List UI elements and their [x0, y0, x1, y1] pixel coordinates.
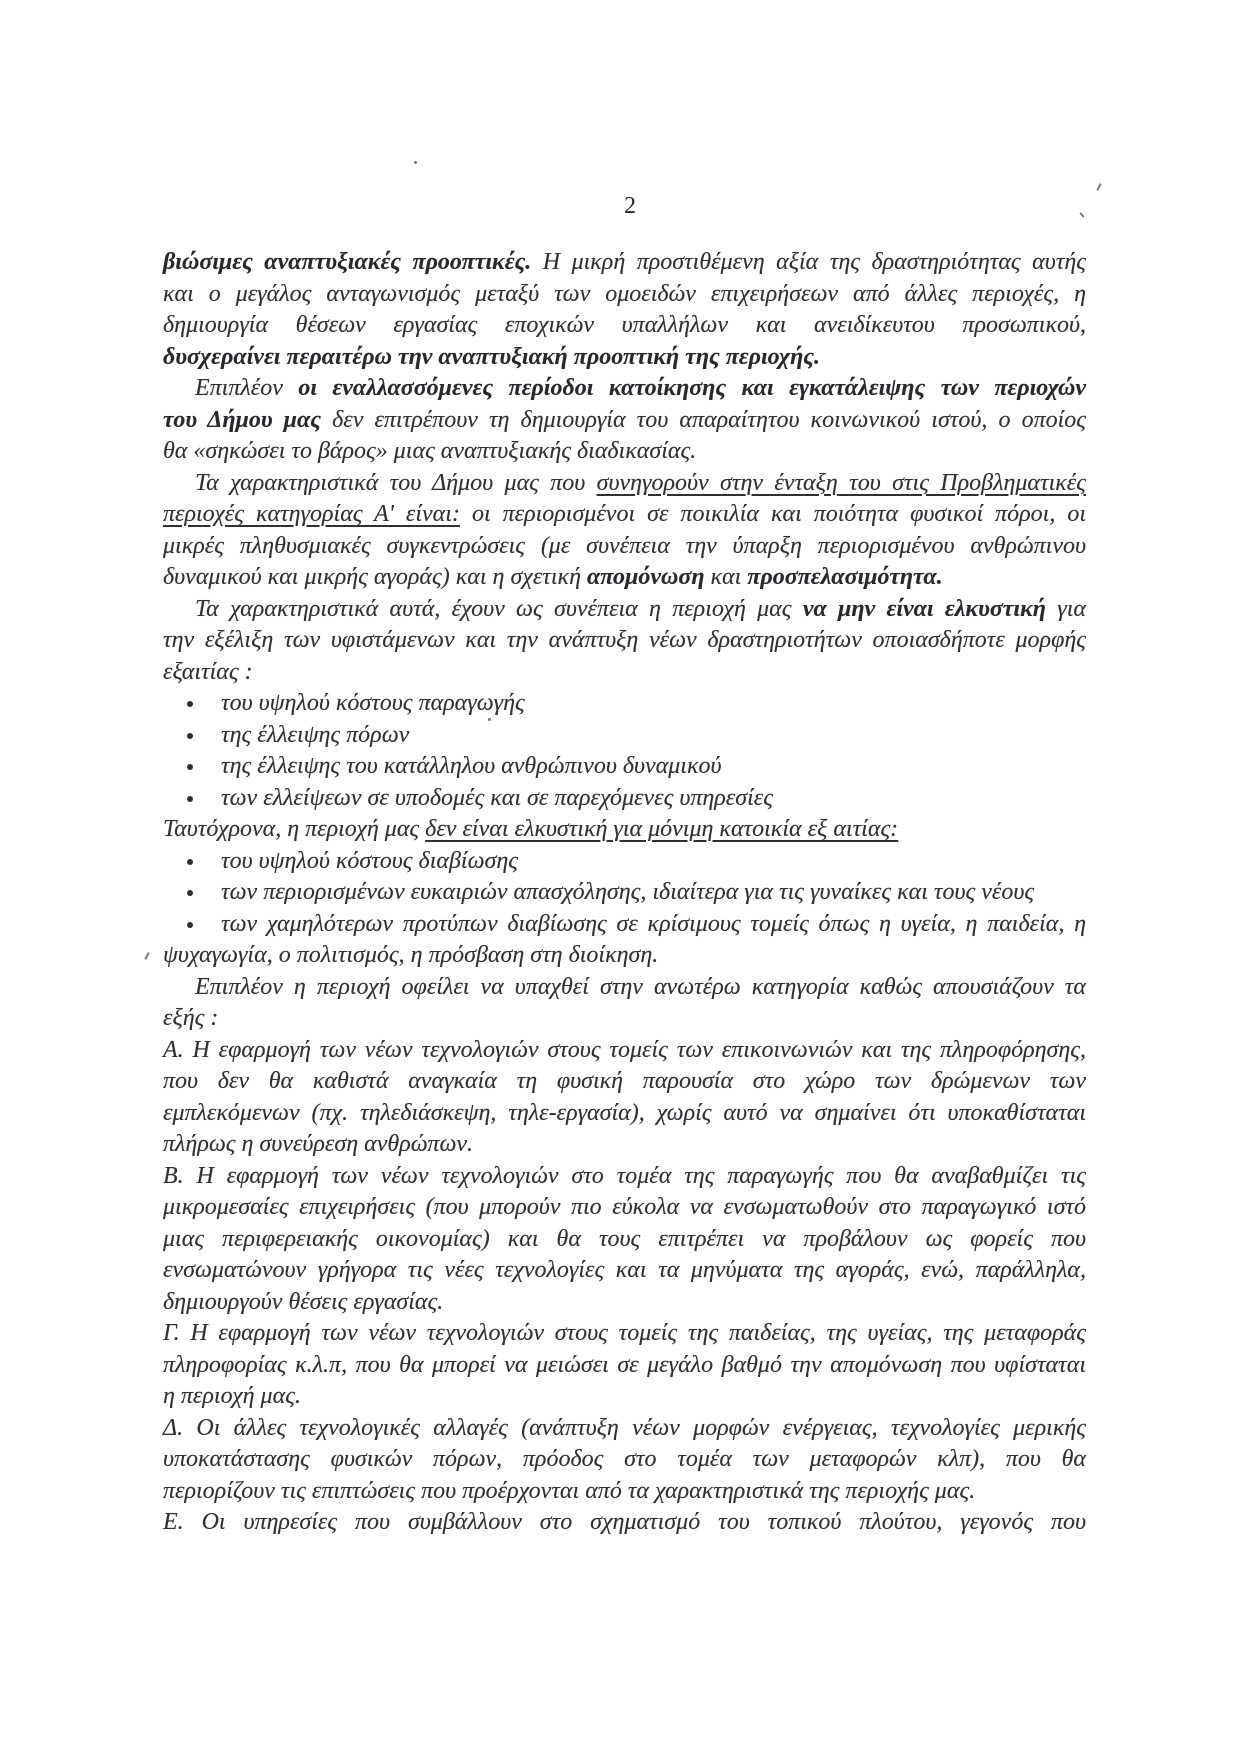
text-run-group: των περιορισμένων ευκαιριών απασχόλησης,… — [221, 877, 1034, 909]
text-run: των ελλείψεων σε υποδομές και σε παρεχόμ… — [221, 785, 773, 811]
bold-text-run: του Δήμου μας — [163, 407, 332, 433]
bold-text-run: δυσχεραίνει περαιτέρω την αναπτυξιακή πρ… — [163, 344, 820, 370]
text-run-group: πληροφορίας κ.λ.π, που θα μπορεί να μειώ… — [163, 1350, 1086, 1382]
text-run: Τα χαρακτηριστικά αυτά, έχουν ως συνέπει… — [195, 596, 803, 622]
text-run-group: της έλλειψης του κατάλληλου ανθρώπινου δ… — [221, 751, 722, 783]
bullet-list-item: των ελλείψεων σε υποδομές και σε παρεχόμ… — [163, 783, 1086, 815]
text-run-group: περιορίζουν τις επιπτώσεις που προέρχοντ… — [163, 1476, 975, 1508]
text-line: Επιπλέον οι εναλλασσόμενες περίοδοι κατο… — [163, 373, 1086, 405]
text-run-group: του Δήμου μας δεν επιτρέπουν τη δημιουργ… — [163, 405, 1086, 437]
bullet-list-item: της έλλειψης του κατάλληλου ανθρώπινου δ… — [163, 751, 1086, 783]
bullet-icon — [187, 890, 193, 896]
scan-artifact — [1079, 212, 1085, 218]
text-run-group: την εξέλιξη των υφιστάμενων και την ανάπ… — [163, 625, 1086, 657]
text-line: η περιοχή μας. — [163, 1381, 1086, 1413]
text-run-group: μικρομεσαίες επιχειρήσεις (που μπορούν π… — [163, 1192, 1086, 1224]
document-body: βιώσιμες αναπτυξιακές προοπτικές. Η μικρ… — [163, 247, 1086, 1539]
text-run-group: Επιπλέον οι εναλλασσόμενες περίοδοι κατο… — [195, 373, 1086, 405]
bullet-icon — [187, 796, 193, 802]
text-run-group: των ελλείψεων σε υποδομές και σε παρεχόμ… — [221, 783, 773, 815]
text-line: περιορίζουν τις επιπτώσεις που προέρχοντ… — [163, 1476, 1086, 1508]
scan-artifact — [427, 700, 430, 703]
text-run-group: δημιουργούν θέσεις εργασίας. — [163, 1287, 443, 1319]
text-run: μικρομεσαίες επιχειρήσεις (που μπορούν π… — [163, 1194, 1086, 1220]
text-run: και — [705, 564, 748, 590]
text-run-group: υποκατάστασης φυσικών πόρων, πρόοδος στο… — [163, 1444, 1086, 1476]
text-run-group: πλήρως η συνεύρεση ανθρώπων. — [163, 1129, 473, 1161]
text-line: Τα χαρακτηριστικά του Δήμου μας που συνη… — [163, 468, 1086, 500]
text-line: ψυχαγωγία, ο πολιτισμός, η πρόσβαση στη … — [163, 940, 1086, 972]
text-run: της έλλειψης του κατάλληλου ανθρώπινου δ… — [221, 753, 722, 779]
text-run-group: του υψηλού κόστους διαβίωσης — [221, 846, 518, 878]
text-line: βιώσιμες αναπτυξιακές προοπτικές. Η μικρ… — [163, 247, 1086, 279]
text-run-group: που δεν θα καθιστά αναγκαία τη φυσική πα… — [163, 1066, 1086, 1098]
text-run-group: βιώσιμες αναπτυξιακές προοπτικές. Η μικρ… — [163, 247, 1086, 279]
text-run: οι περιορισμένοι σε ποικιλία και ποιότητ… — [460, 501, 1086, 527]
text-line: δημιουργία θέσεων εργασίας εποχικών υπαλ… — [163, 310, 1086, 342]
underlined-text-run: συνηγορούν στην ένταξη του στις Προβλημα… — [597, 470, 1086, 496]
text-line: μικρές πληθυσμιακές συγκεντρώσεις (με συ… — [163, 531, 1086, 563]
text-run-group: και ο μεγάλος ανταγωνισμός μεταξύ των ομ… — [163, 279, 1086, 311]
text-run-group: η περιοχή μας. — [163, 1381, 301, 1413]
text-line: Επιπλέον η περιοχή οφείλει να υπαχθεί στ… — [163, 972, 1086, 1004]
text-run: θα «σηκώσει το βάρος» μιας αναπτυξιακής … — [163, 438, 696, 464]
scan-artifact — [488, 718, 491, 721]
text-run: η περιοχή μας. — [163, 1383, 301, 1409]
bold-text-run: προσπελασιμότητα. — [747, 564, 942, 590]
bold-text-run: βιώσιμες αναπτυξιακές προοπτικές. — [163, 249, 531, 275]
text-line: Τα χαρακτηριστικά αυτά, έχουν ως συνέπει… — [163, 594, 1086, 626]
text-line: Ταυτόχρονα, η περιοχή μας δεν είναι ελκυ… — [163, 814, 1086, 846]
text-run: την εξέλιξη των υφιστάμενων και την ανάπ… — [163, 627, 1086, 653]
text-line: ενσωματώνουν γρήγορα τις νέες τεχνολογίε… — [163, 1255, 1086, 1287]
text-run: και ο μεγάλος ανταγωνισμός μεταξύ των ομ… — [163, 281, 1086, 307]
underlined-text-run: περιοχές κατηγορίας Α' είναι: — [163, 501, 460, 527]
text-line: εξαιτίας : — [163, 657, 1086, 689]
text-line: δημιουργούν θέσεις εργασίας. — [163, 1287, 1086, 1319]
text-run: Η μικρή προστιθέμενη αξία της δραστηριότ… — [531, 249, 1086, 275]
text-run: Γ. Η εφαρμογή των νέων τεχνολογιών στους… — [163, 1320, 1086, 1346]
text-line: μικρομεσαίες επιχειρήσεις (που μπορούν π… — [163, 1192, 1086, 1224]
bold-text-run: οι εναλλασσόμενες περίοδοι κατοίκησης κα… — [298, 375, 1086, 401]
text-run-group: Τα χαρακτηριστικά αυτά, έχουν ως συνέπει… — [195, 594, 1086, 626]
bullet-list-item: των περιορισμένων ευκαιριών απασχόλησης,… — [163, 877, 1086, 909]
text-line: δυσχεραίνει περαιτέρω την αναπτυξιακή πρ… — [163, 342, 1086, 374]
text-run: εξαιτίας : — [163, 659, 253, 685]
text-run-group: Τα χαρακτηριστικά του Δήμου μας που συνη… — [195, 468, 1086, 500]
bold-text-run: απομόνωση — [587, 564, 705, 590]
text-line: μιας περιφερειακής οικονομίας) και θα το… — [163, 1224, 1086, 1256]
text-run-group: περιοχές κατηγορίας Α' είναι: οι περιορι… — [163, 499, 1086, 531]
text-run: της έλλειψης πόρων — [221, 722, 409, 748]
text-run-group: των χαμηλότερων προτύπων διαβίωσης σε κρ… — [221, 909, 1086, 941]
text-run: πλήρως η συνεύρεση ανθρώπων. — [163, 1131, 473, 1157]
text-run: για — [1046, 596, 1086, 622]
text-line: Γ. Η εφαρμογή των νέων τεχνολογιών στους… — [163, 1318, 1086, 1350]
text-line: και ο μεγάλος ανταγωνισμός μεταξύ των ομ… — [163, 279, 1086, 311]
text-run-group: Ταυτόχρονα, η περιοχή μας δεν είναι ελκυ… — [163, 814, 898, 846]
text-run-group: Α. Η εφαρμογή των νέων τεχνολογιών στους… — [163, 1035, 1086, 1067]
text-run: των περιορισμένων ευκαιριών απασχόλησης,… — [221, 879, 1034, 905]
text-run: δημιουργούν θέσεις εργασίας. — [163, 1289, 443, 1315]
text-run: δημιουργία θέσεων εργασίας εποχικών υπαλ… — [163, 312, 1086, 338]
text-line: Ε. Οι υπηρεσίες που συμβάλλουν στο σχημα… — [163, 1507, 1086, 1539]
text-run: δυναμικού και μικρής αγοράς) και η σχετι… — [163, 564, 587, 590]
text-line: υποκατάστασης φυσικών πόρων, πρόοδος στο… — [163, 1444, 1086, 1476]
text-run: μικρές πληθυσμιακές συγκεντρώσεις (με συ… — [163, 533, 1086, 559]
bullet-icon — [187, 859, 193, 865]
text-run: δεν επιτρέπουν τη δημιουργία του απαραίτ… — [332, 407, 1086, 433]
underlined-text-run: δεν είναι ελκυστική για μόνιμη κατοικία … — [425, 816, 898, 842]
text-run-group: μικρές πληθυσμιακές συγκεντρώσεις (με συ… — [163, 531, 1086, 563]
text-run-group: δυσχεραίνει περαιτέρω την αναπτυξιακή πρ… — [163, 342, 820, 374]
text-line: περιοχές κατηγορίας Α' είναι: οι περιορι… — [163, 499, 1086, 531]
document-page: 2 βιώσιμες αναπτυξιακές προοπτικές. Η μι… — [0, 0, 1241, 1755]
text-line: πληροφορίας κ.λ.π, που θα μπορεί να μειώ… — [163, 1350, 1086, 1382]
text-line: Β. Η εφαρμογή των νέων τεχνολογιών στο τ… — [163, 1161, 1086, 1193]
text-run: ενσωματώνουν γρήγορα τις νέες τεχνολογίε… — [163, 1257, 1086, 1283]
text-run-group: Επιπλέον η περιοχή οφείλει να υπαχθεί στ… — [195, 972, 1086, 1004]
text-run: Τα χαρακτηριστικά του Δήμου μας που — [195, 470, 597, 496]
text-run-group: εξαιτίας : — [163, 657, 253, 689]
text-line: Α. Η εφαρμογή των νέων τεχνολογιών στους… — [163, 1035, 1086, 1067]
scan-artifact — [144, 952, 150, 960]
text-run-group: Δ. Οι άλλες τεχνολογικές αλλαγές (ανάπτυ… — [163, 1413, 1086, 1445]
bullet-icon — [187, 733, 193, 739]
text-run: Επιπλέον — [195, 375, 298, 401]
text-run: του υψηλού κόστους παραγωγής — [221, 690, 525, 716]
text-line: εξής : — [163, 1003, 1086, 1035]
text-run-group: θα «σηκώσει το βάρος» μιας αναπτυξιακής … — [163, 436, 696, 468]
text-run: περιορίζουν τις επιπτώσεις που προέρχοντ… — [163, 1478, 975, 1504]
text-line: πλήρως η συνεύρεση ανθρώπων. — [163, 1129, 1086, 1161]
text-run: Επιπλέον η περιοχή οφείλει να υπαχθεί στ… — [195, 974, 1086, 1000]
bullet-icon — [187, 701, 193, 707]
text-run: εμπλεκόμενων (πχ. τηλεδιάσκεψη, τηλε-εργ… — [163, 1100, 1086, 1126]
text-run: των χαμηλότερων προτύπων διαβίωσης σε κρ… — [221, 911, 1086, 937]
text-run: που δεν θα καθιστά αναγκαία τη φυσική πα… — [163, 1068, 1086, 1094]
text-run-group: ψυχαγωγία, ο πολιτισμός, η πρόσβαση στη … — [163, 940, 658, 972]
bullet-list-item: του υψηλού κόστους παραγωγής — [163, 688, 1086, 720]
text-run-group: ενσωματώνουν γρήγορα τις νέες τεχνολογίε… — [163, 1255, 1086, 1287]
text-run-group: δημιουργία θέσεων εργασίας εποχικών υπαλ… — [163, 310, 1086, 342]
text-line: την εξέλιξη των υφιστάμενων και την ανάπ… — [163, 625, 1086, 657]
bullet-list-item: του υψηλού κόστους διαβίωσης — [163, 846, 1086, 878]
text-run: υποκατάστασης φυσικών πόρων, πρόοδος στο… — [163, 1446, 1086, 1472]
text-run: εξής : — [163, 1005, 218, 1031]
text-run: Α. Η εφαρμογή των νέων τεχνολογιών στους… — [163, 1037, 1086, 1063]
text-run-group: εμπλεκόμενων (πχ. τηλεδιάσκεψη, τηλε-εργ… — [163, 1098, 1086, 1130]
text-run-group: του υψηλού κόστους παραγωγής — [221, 688, 525, 720]
bullet-list-item: της έλλειψης πόρων — [163, 720, 1086, 752]
text-run: Δ. Οι άλλες τεχνολογικές αλλαγές (ανάπτυ… — [163, 1415, 1086, 1441]
text-run: Β. Η εφαρμογή των νέων τεχνολογιών στο τ… — [163, 1163, 1086, 1189]
text-line: θα «σηκώσει το βάρος» μιας αναπτυξιακής … — [163, 436, 1086, 468]
text-run-group: δυναμικού και μικρής αγοράς) και η σχετι… — [163, 562, 943, 594]
text-line: εμπλεκόμενων (πχ. τηλεδιάσκεψη, τηλε-εργ… — [163, 1098, 1086, 1130]
page-number: 2 — [618, 193, 642, 220]
text-line: δυναμικού και μικρής αγοράς) και η σχετι… — [163, 562, 1086, 594]
text-line: που δεν θα καθιστά αναγκαία τη φυσική πα… — [163, 1066, 1086, 1098]
scan-artifact — [1096, 183, 1102, 191]
text-run-group: εξής : — [163, 1003, 218, 1035]
text-run: ψυχαγωγία, ο πολιτισμός, η πρόσβαση στη … — [163, 942, 658, 968]
text-run-group: Γ. Η εφαρμογή των νέων τεχνολογιών στους… — [163, 1318, 1086, 1350]
bullet-list-item: των χαμηλότερων προτύπων διαβίωσης σε κρ… — [163, 909, 1086, 941]
text-line: του Δήμου μας δεν επιτρέπουν τη δημιουργ… — [163, 405, 1086, 437]
bullet-icon — [187, 922, 193, 928]
text-run: Ταυτόχρονα, η περιοχή μας — [163, 816, 425, 842]
text-run: μιας περιφερειακής οικονομίας) και θα το… — [163, 1226, 1086, 1252]
text-run: πληροφορίας κ.λ.π, που θα μπορεί να μειώ… — [163, 1352, 1086, 1378]
text-run-group: Ε. Οι υπηρεσίες που συμβάλλουν στο σχημα… — [163, 1507, 1086, 1539]
bullet-icon — [187, 764, 193, 770]
scan-artifact — [414, 161, 417, 164]
text-run-group: της έλλειψης πόρων — [221, 720, 409, 752]
text-run-group: Β. Η εφαρμογή των νέων τεχνολογιών στο τ… — [163, 1161, 1086, 1193]
text-run: Ε. Οι υπηρεσίες που συμβάλλουν στο σχημα… — [163, 1509, 1086, 1535]
bold-text-run: να μην είναι ελκυστική — [803, 596, 1046, 622]
text-line: Δ. Οι άλλες τεχνολογικές αλλαγές (ανάπτυ… — [163, 1413, 1086, 1445]
text-run: του υψηλού κόστους διαβίωσης — [221, 848, 518, 874]
text-run-group: μιας περιφερειακής οικονομίας) και θα το… — [163, 1224, 1086, 1256]
